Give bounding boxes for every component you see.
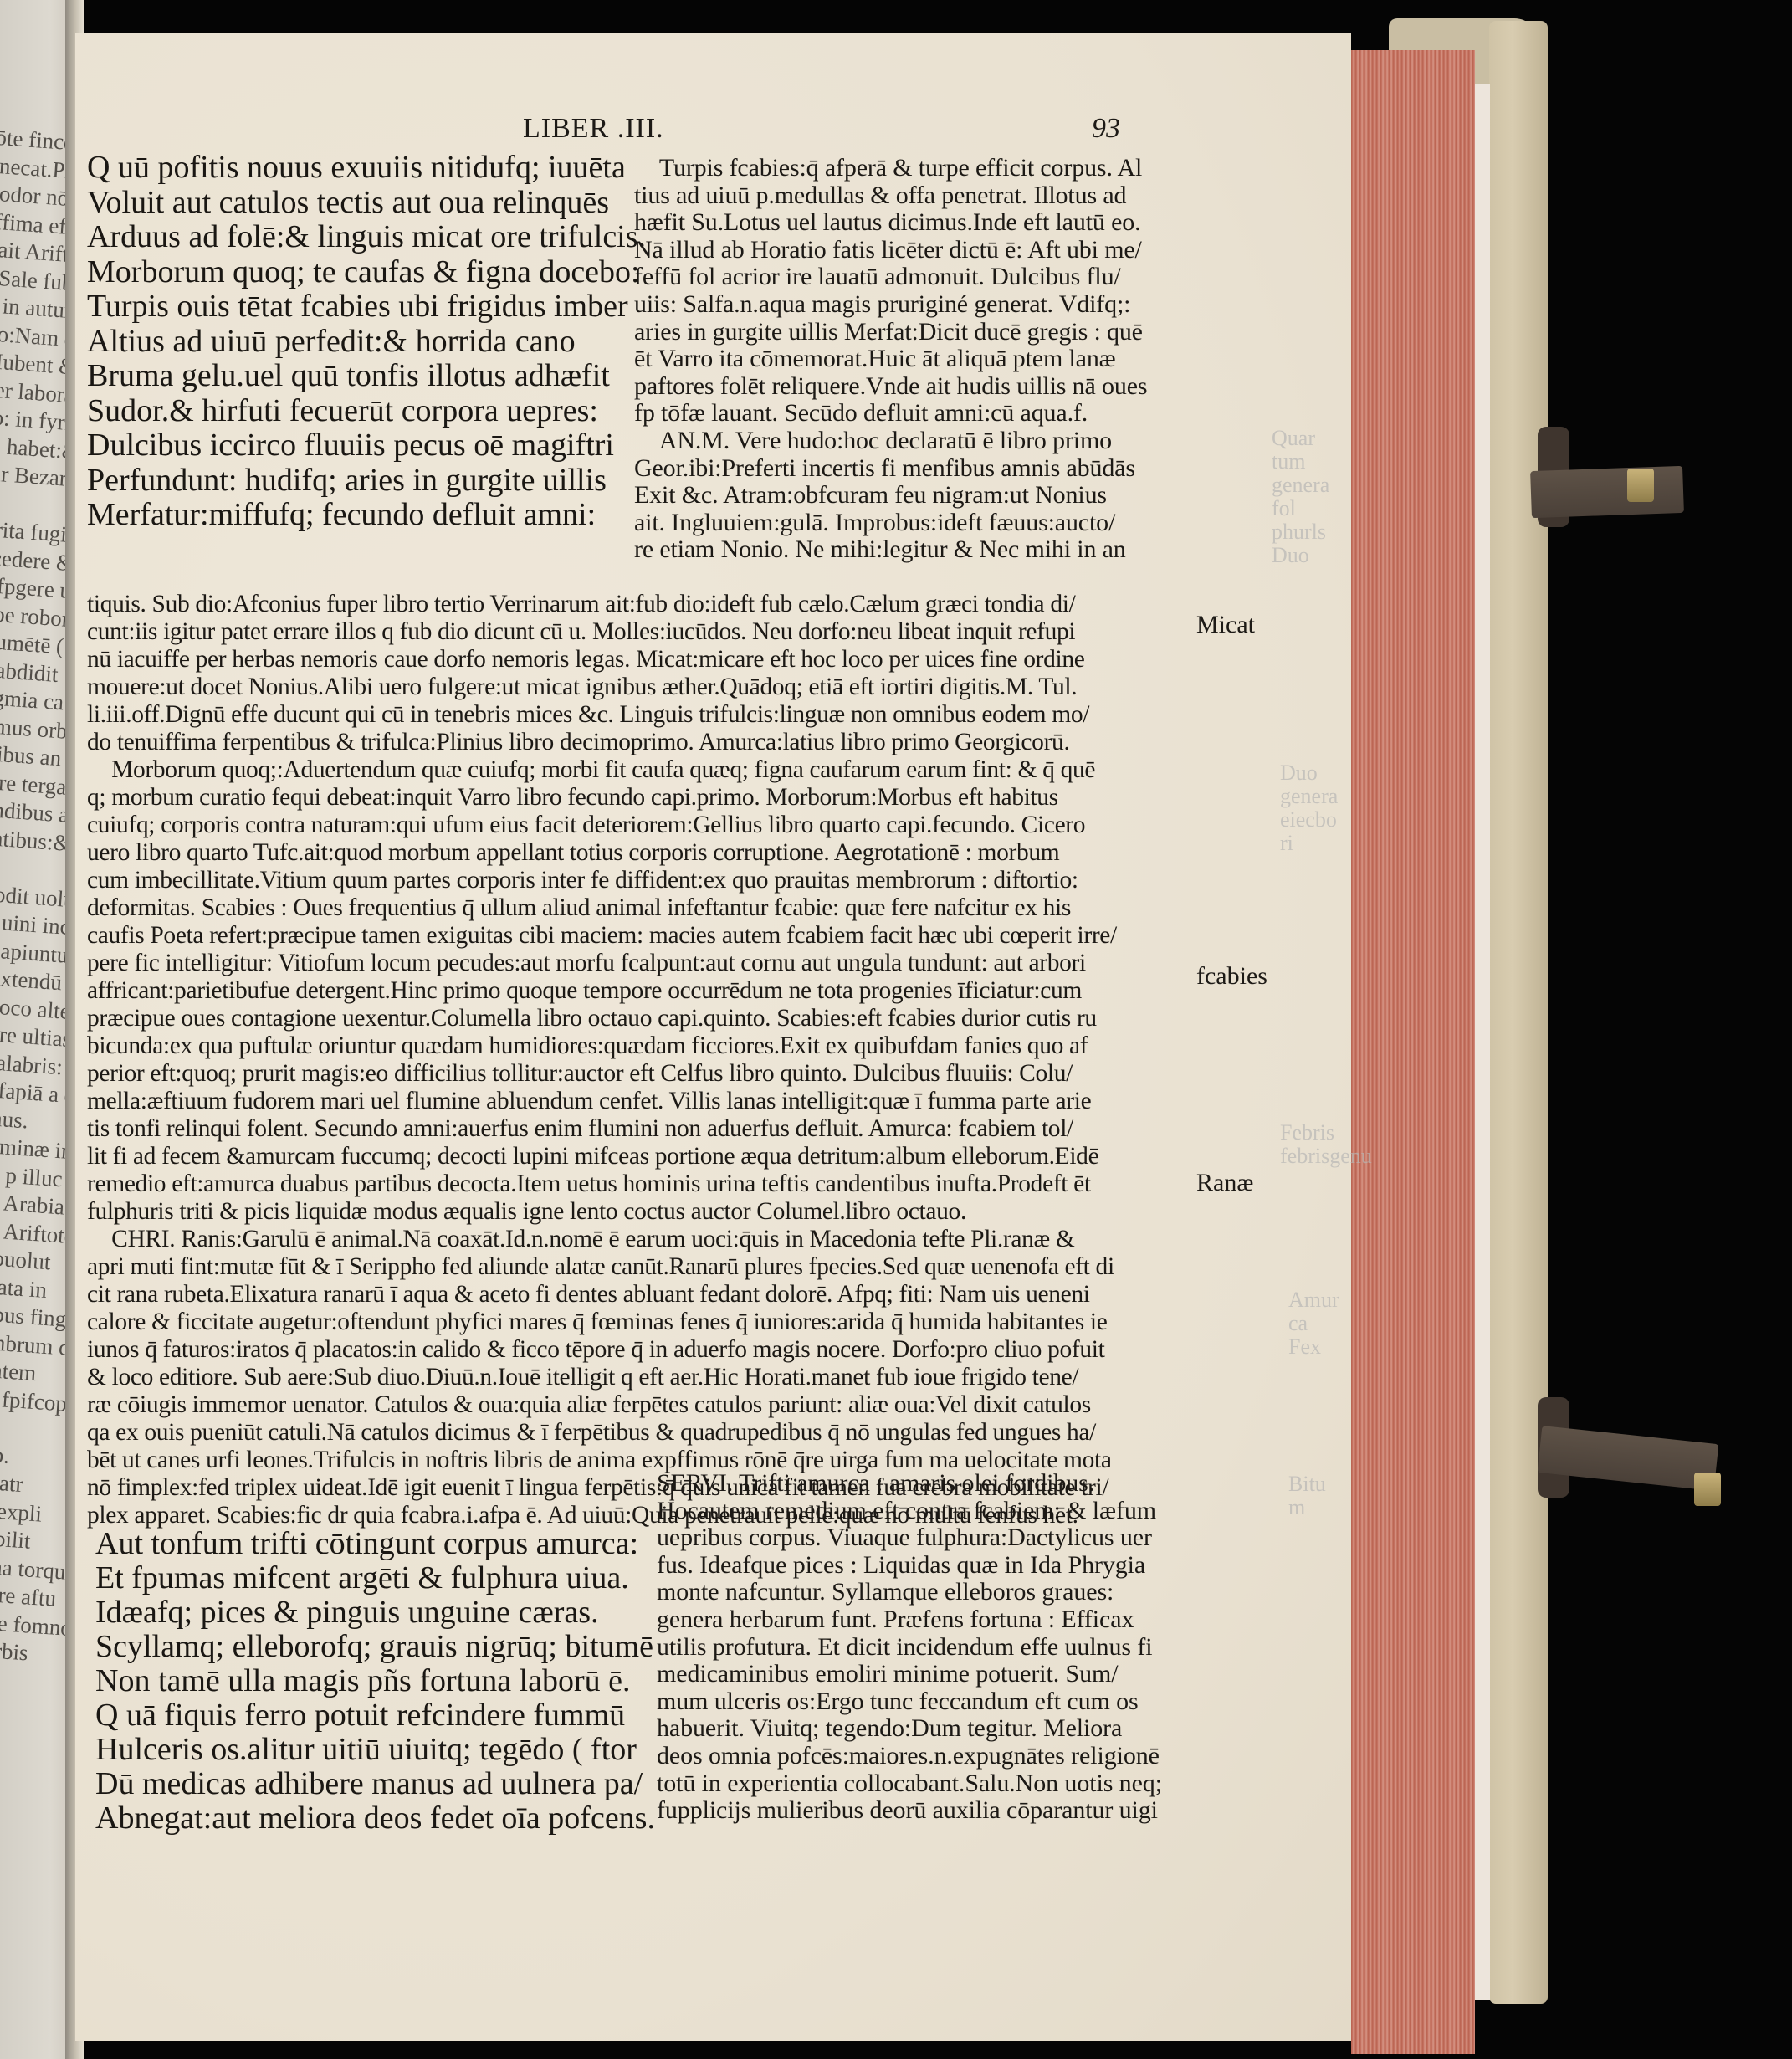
commentary-line: Exit &c. Atram:obfcuram feu nigram:ut No… [634,482,1147,510]
commentary-line: tis tonfi relinqui folent. Secundo amni:… [87,1115,1117,1143]
show-through-line: Duo [1280,761,1338,785]
left-page-fragment: re debilit [0,1523,32,1554]
show-through-line: ca [1288,1312,1339,1335]
show-through-duo: Duogeneraeiecbori [1280,761,1338,855]
verse-line: Merfatur:miffufq; fecundo defluit amni: [87,498,646,533]
left-page-fragment: plurib. [0,1439,10,1469]
commentary-line: cuiufq; corporis contra naturam:qui ufum… [87,812,1117,839]
commentary-right-top: Turpis fcabies:q̄ afperā & turpe efficit… [634,155,1147,564]
commentary-line: cunt:iis igitur patet errare illos q fub… [87,618,1117,646]
commentary-line: præcipue oues contagione uexentur.Colume… [87,1005,1117,1032]
commentary-line: ait. Ingluuiem:gulā. Improbus:ideft fæuu… [634,510,1147,537]
left-page-fragment: tifemata in [0,1271,48,1304]
show-through-line: Quar [1272,427,1329,450]
commentary-line: habuerit. Viuitq; tegendo:Dum tegitur. M… [657,1715,1162,1743]
commentary-line: fus. Ideafque pices : Liquidas quæ in Id… [657,1552,1162,1580]
show-through-line: febrisgenu [1280,1145,1372,1168]
commentary-line: do tenuiffima ferpentibus & trifulca:Pli… [87,729,1117,756]
show-through-amurca: AmurcaFex [1288,1288,1339,1359]
show-through-line: Duo [1272,544,1329,567]
commentary-line: affricant:parietibufue detergent.Hinc pr… [87,977,1117,1005]
show-through-line: Fex [1288,1335,1339,1359]
brass-catch-icon [1627,469,1654,502]
clasp-strap [1530,466,1684,518]
verse-line: Q uū pofitis nouus exuuiis nitidufq; iuu… [87,151,646,186]
running-head: LIBER .III. [523,113,664,145]
commentary-line: ræ cōiugis immemor uenator. Catulos & ou… [87,1391,1117,1419]
verse-line: Dū medicas adhibere manus ad uulnera pa/ [95,1767,655,1801]
commentary-line: uero libro quarto Tufc.ait:quod morbum a… [87,839,1117,867]
commentary-line: li.iii.off.Dignū effe ducunt qui cū in t… [87,701,1117,729]
folio-number: 93 [1092,113,1120,145]
verse-line: Hulceris os.alitur uitiū uiuitq; tegēdo … [95,1733,655,1767]
left-page-fragment: lumina torque [0,1551,72,1585]
commentary-line: lit fi ad fecem &amurcam fuccumq; decoct… [87,1143,1117,1170]
show-through-line: ri [1280,832,1338,855]
left-page-fragment: tibus atr [0,1467,24,1498]
commentary-line: Nā illud ab Horatio fatis licēter dictū … [634,237,1147,264]
commentary-line: cum imbecillitate.Vitium quum partes cor… [87,867,1117,894]
commentary-line: medicaminibus emoliri minime potuerit. S… [657,1661,1162,1688]
vellum-binding [1489,21,1548,2004]
page-edge [1475,84,1490,2000]
commentary-line: & loco editiore. Sub aere:Sub diuo.Diuū.… [87,1364,1117,1391]
commentary-line: SERVI. Trifti amurca : amaris olei fordi… [657,1470,1162,1498]
commentary-line: calore & ficcitate augetur:oftendunt phy… [87,1309,1117,1336]
commentary-line: hæfit Su.Lotus uel lautus dicimus.Inde e… [634,209,1147,237]
left-page-fragment: ugæ loco alte, [0,991,72,1025]
verse-line: Morborum quoq; te caufas & figna docebo: [87,255,646,290]
left-page-fragment: abus expli [0,1495,43,1528]
commentary-line: Geor.ibi:Preferti incertis fi menfibus a… [634,455,1147,483]
marginal-note-micat: Micat [1196,611,1255,639]
verse-line: Voluit aut catulos tectis aut oua relinq… [87,186,646,221]
left-page-fragment: os fœminæ im [0,1130,72,1165]
commentary-line: monte nafcuntur. Syllamque elleboros gra… [657,1579,1162,1606]
left-page-fragment: diximus. [0,1103,29,1134]
commentary-right-bottom: SERVI. Trifti amurca : amaris olei fordi… [657,1470,1162,1825]
commentary-line: mum ulceris os:Ergo tunc feccandum eft c… [657,1688,1162,1716]
left-page-fragment: no mōte fincegfin [0,121,72,158]
show-through-line: phurls [1272,520,1329,544]
commentary-line: CHRI. Ranis:Garulū ē animal.Nā coaxāt.Id… [87,1226,1117,1253]
show-through-line: tum [1272,450,1329,474]
show-through-line: m [1288,1496,1326,1519]
show-through-quartum: QuartumgenerafolphurlsDuo [1272,427,1329,567]
commentary-line: aries in gurgite uillis Merfat:Dicit duc… [634,319,1147,346]
show-through-line: genera [1272,474,1329,497]
commentary-full-width: tiquis. Sub dio:Afconius fuper libro ter… [87,591,1117,1529]
show-through-line: Febris [1280,1121,1372,1145]
red-fore-edge [1351,50,1475,2054]
verse-line: Q uā fiquis ferro potuit refcindere fumm… [95,1698,655,1733]
verse-line: Aut tonfum trifti cōtingunt corpus amurc… [95,1527,655,1561]
left-facing-page: no mōte fincegfintactu necat.Plinijftorū… [0,0,72,2059]
verse-block-bottom: Aut tonfum trifti cōtingunt corpus amurc… [95,1527,655,1836]
verse-line: Altius ad uiuū perfedit:& horrida cano [87,325,646,360]
commentary-line: feffū fol acrior ire lauatū admonuit. Du… [634,264,1147,291]
show-through-line: Bitu [1288,1473,1326,1496]
verse-line: Perfundunt: hudifq; aries in gurgite uil… [87,464,646,499]
verse-line: Abnegat:aut meliora deos fedet oīa pofce… [95,1801,655,1836]
verse-line: Sudor.& hirfuti fecuerūt corpora uepres: [87,394,646,429]
show-through-bitu: Bitum [1288,1473,1326,1519]
commentary-line: perior eft:quoq; prurit magis:eo diffici… [87,1060,1117,1088]
commentary-line: totū in experientia collocabant.Salu.Non… [657,1770,1162,1798]
left-page-fragment: q; herbis [0,1635,29,1666]
commentary-line: deformitas. Scabies : Oues frequentius q… [87,894,1117,922]
page-header: LIBER .III. 93 [75,113,1351,155]
left-page-fragment: e diebus fingul [0,1298,72,1334]
left-page-fragment: apur abdidit [0,654,59,688]
commentary-line: deos omnia pofcēs:maiores.n.expugnātes r… [657,1743,1162,1770]
verse-block-top: Q uū pofitis nouus exuuiis nitidufq; iuu… [87,151,646,533]
verse-line: Scyllamq; elleborofq; grauis nigrūq; bit… [95,1630,655,1664]
commentary-line: uiis: Salfa.n.aqua magis pruriginé gener… [634,291,1147,319]
commentary-line: fupplicijs mulieribus deorū auxilia cōpa… [657,1797,1162,1825]
printed-page: LIBER .III. 93 QuartumgenerafolphurlsDuo… [75,33,1351,2041]
commentary-line: Turpis fcabies:q̄ afperā & turpe efficit… [634,155,1147,182]
commentary-line: nū iacuiffe per herbas nemoris caue dorf… [87,646,1117,674]
show-through-line: eiecbo [1280,808,1338,832]
commentary-line: fulphuris triti & picis liquidæ modus æq… [87,1198,1117,1226]
commentary-line: apri muti fint:mutæ fūt & ī Serippho fed… [87,1253,1117,1281]
verse-line: Dulcibus iccirco fluuiis pecus oē magift… [87,428,646,464]
verse-line: Arduus ad folē:& linguis micat ore trifu… [87,220,646,255]
commentary-line: Morborum quoq;:Aduertendum quæ cuiufq; m… [87,756,1117,784]
show-through-line: Amur [1288,1288,1339,1312]
commentary-line: fp tōfæ lauant. Secūdo defluit amni:cū a… [634,400,1147,428]
commentary-line: cit rana rubeta.Elixatura ranarū ī aqua … [87,1281,1117,1309]
commentary-line: caufis Poeta refert:præcipue tamen exigu… [87,922,1117,950]
marginal-note-ranae: Ranæ [1196,1169,1253,1197]
commentary-line: uepribus corpus. Viuaque fulphura:Dactyl… [657,1524,1162,1552]
commentary-line: iunos q̄ faturos:iratos q̄ placatos:in c… [87,1336,1117,1364]
brass-catch-icon [1694,1473,1721,1506]
show-through-line: fol [1272,497,1329,520]
commentary-line: tius ad uiuū p.medullas & offa penetrat.… [634,182,1147,210]
commentary-line: AN.M. Vere hudo:hoc declaratū ē libro pr… [634,428,1147,455]
commentary-line: pere fic intelligitur: Vitiofum locum pe… [87,950,1117,977]
left-page-fragment: exterrita fugit: [0,514,72,549]
show-through-line: genera [1280,785,1338,808]
verse-line: Idæafq; pices & pinguis unguine cæras. [95,1595,655,1630]
verse-line: Turpis ouis tētat fcabies ubi frigidus i… [87,289,646,325]
commentary-line: qa ex ouis pueniūt catuli.Nā catulos dic… [87,1419,1117,1447]
commentary-line: mella:æftiuum fudorem mari uel flumine a… [87,1088,1117,1115]
commentary-line: q; morbum curatio fequi debeat:inquit Va… [87,784,1117,812]
left-page-fragment: ntum fpifcop [0,1383,68,1417]
commentary-line: re etiam Nonio. Ne mihi:legitur & Nec mi… [634,536,1147,564]
commentary-line: remedio eft:amurca duabus partibus decoc… [87,1170,1117,1198]
commentary-line: bicunda:ex qua puftulæ oriuntur quædam h… [87,1032,1117,1060]
commentary-line: Hocautem remedium eft contra fcabiem: & … [657,1498,1162,1525]
show-through-febris: Febrisfebrisgenu [1280,1121,1372,1168]
commentary-line: mouere:ut docet Nonius.Alibi uero fulger… [87,674,1117,701]
marginal-note-scabies: fcabies [1196,962,1267,991]
left-page-fragment: cepantem [0,1355,37,1386]
left-page-fragment: a abrodit uolupta [0,878,72,915]
commentary-line: utilis profutura. Et dicit incidendum ef… [657,1634,1162,1662]
commentary-line: tiquis. Sub dio:Afconius fuper libro ter… [87,591,1117,618]
verse-line: Et fpumas mifcent argēti & fulphura uiua… [95,1561,655,1595]
commentary-line: genera herbarum funt. Præfens fortuna : … [657,1606,1162,1634]
verse-line: Bruma gelu.uel quū tonfis illotus adhæfi… [87,359,646,394]
commentary-line: paftores folēt reliquere.Vnde ait hudis … [634,373,1147,401]
verse-line: Non tamē ulla magis pñs fortuna laborū ē… [95,1664,655,1698]
left-page-fragment: oporte fomno [0,1607,72,1642]
commentary-line: ēt Varro ita cōmemorat.Huic āt aliquā pt… [634,346,1147,373]
